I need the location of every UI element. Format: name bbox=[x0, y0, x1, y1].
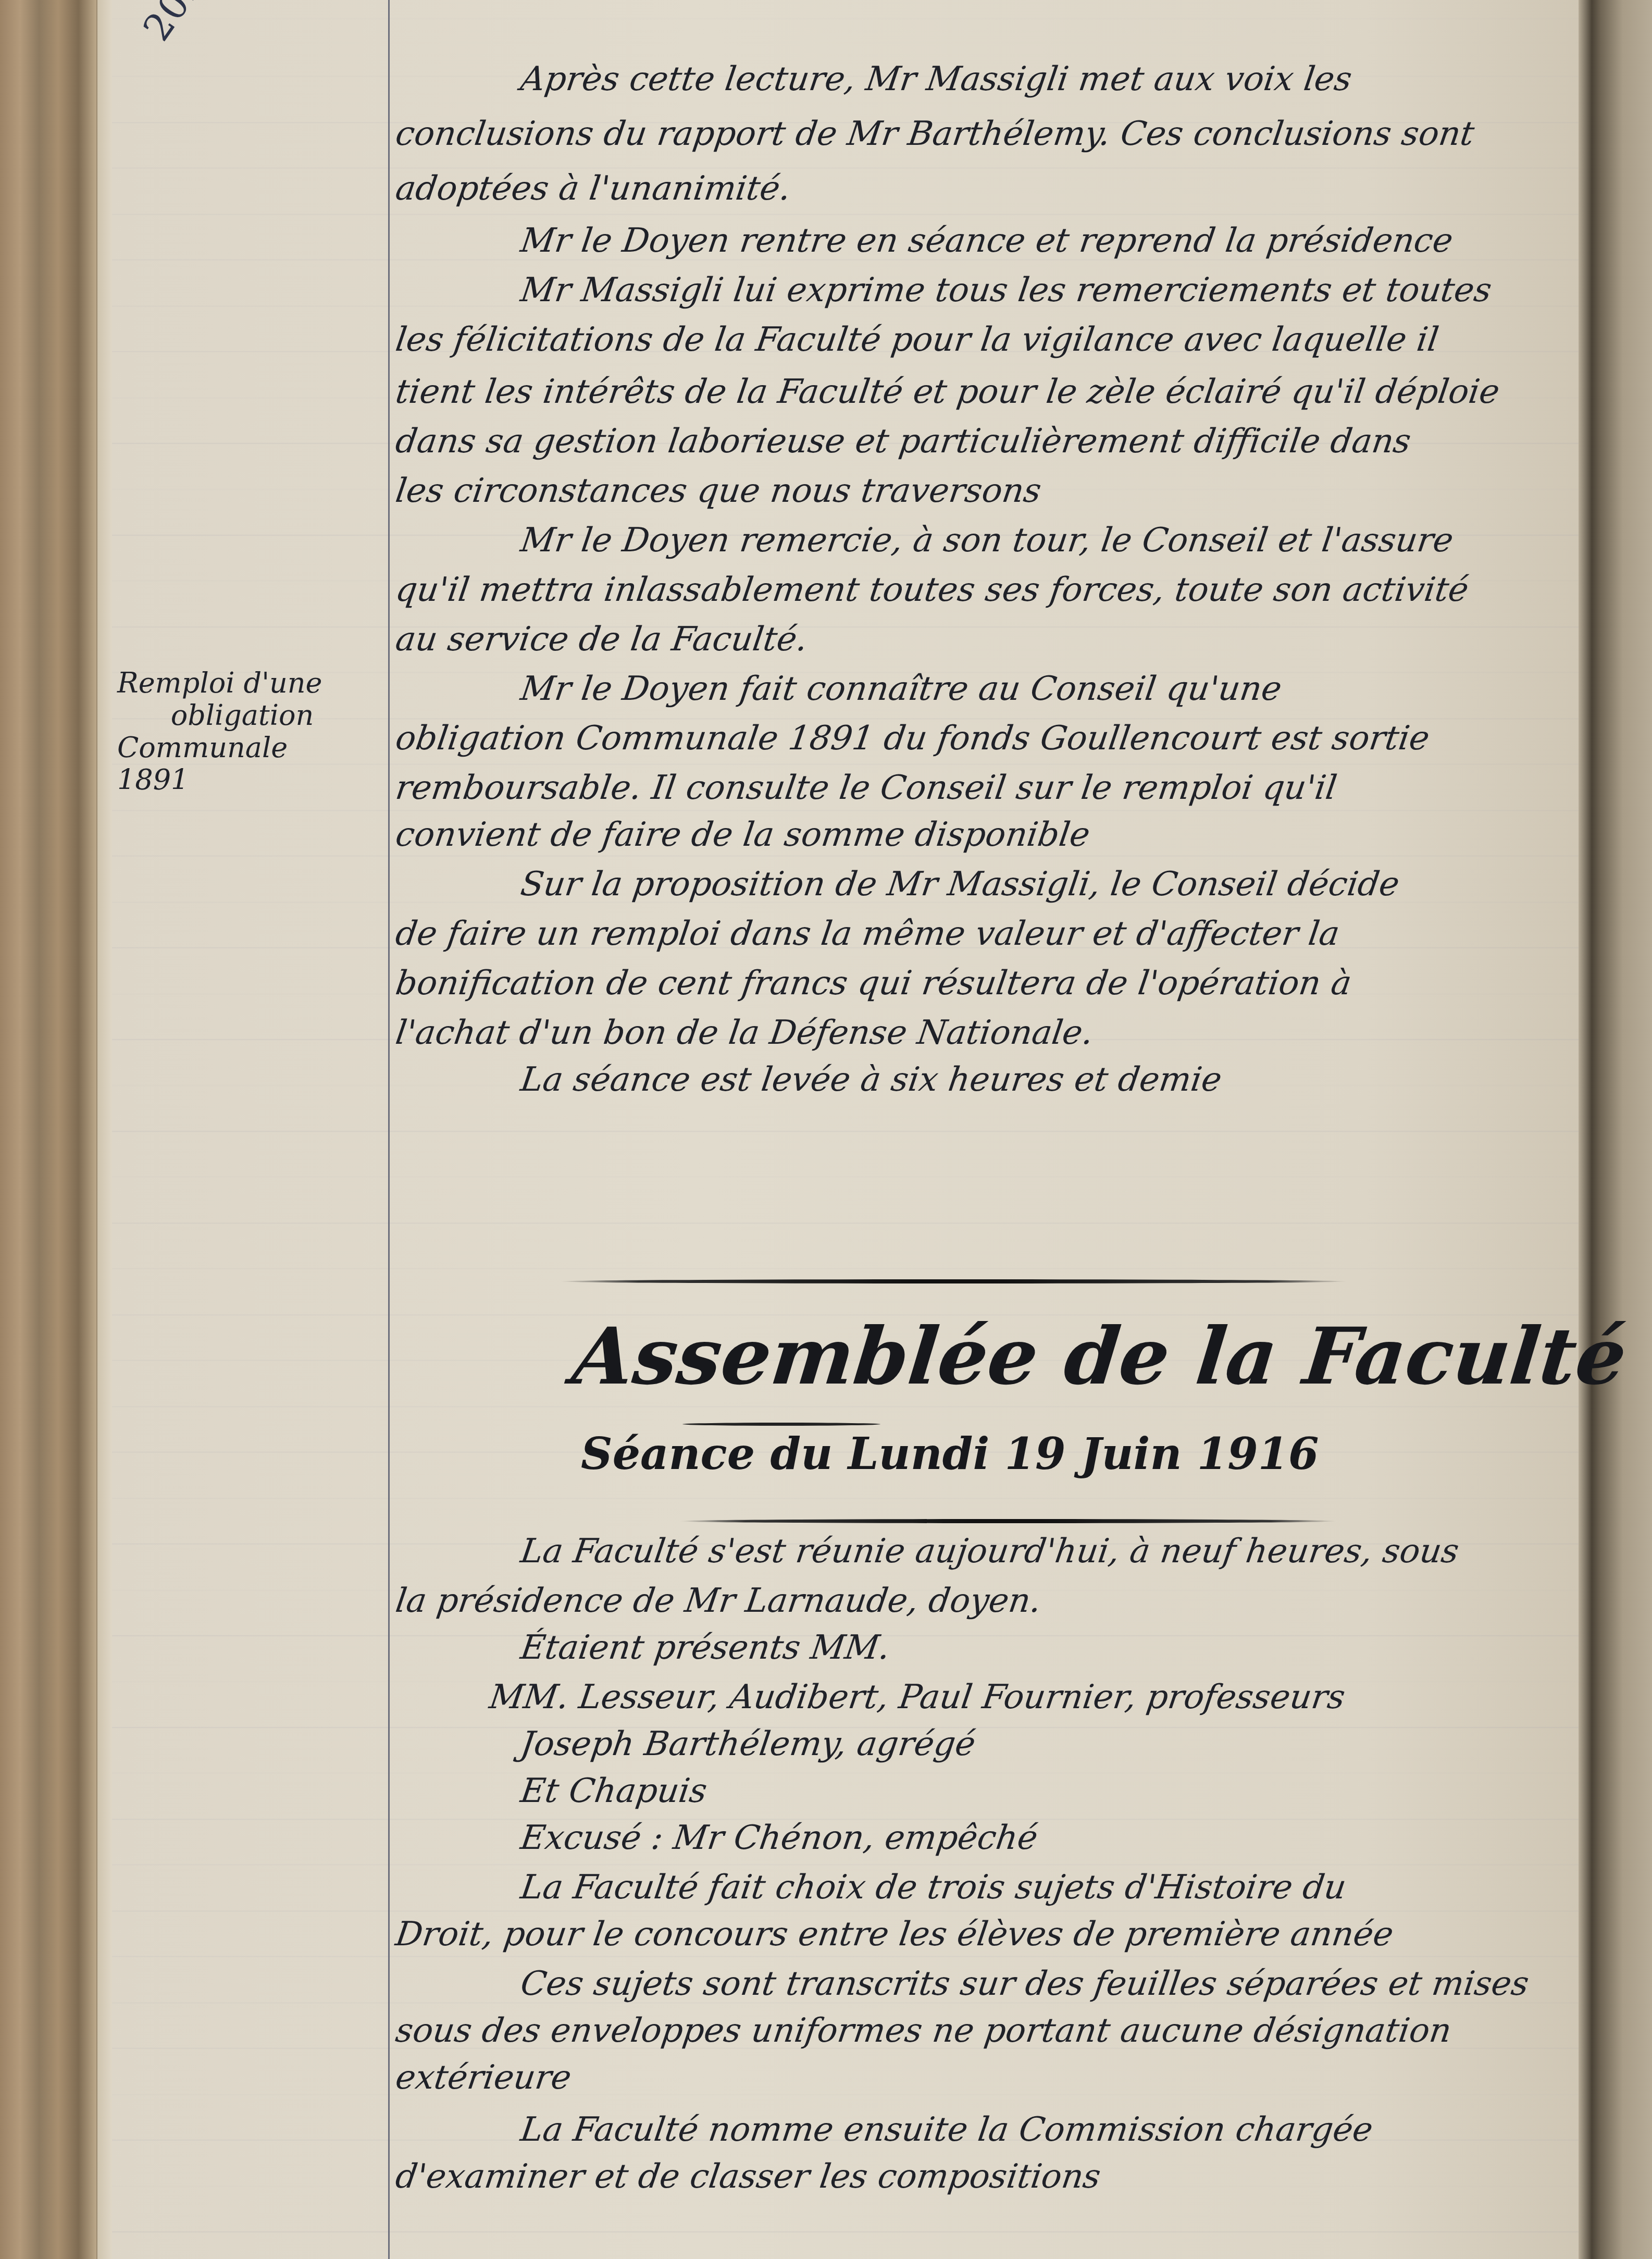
text-line: MM. Lesseur, Audibert, Paul Fournier, pr… bbox=[487, 1678, 1348, 1717]
text-line: d'examiner et de classer les composition… bbox=[393, 2157, 1103, 2196]
text-line: adoptées à l'unanimité. bbox=[393, 169, 793, 208]
text-line: l'achat d'un bon de la Défense Nationale… bbox=[393, 1014, 1096, 1052]
margin-rule bbox=[388, 0, 390, 2259]
text-line: obligation Communale 1891 du fonds Goull… bbox=[393, 719, 1432, 758]
text-line: au service de la Faculté. bbox=[393, 620, 810, 659]
text-line: Mr le Doyen remercie, à son tour, le Con… bbox=[518, 521, 1456, 560]
text-line: Ces sujets sont transcrits sur des feuil… bbox=[518, 1965, 1531, 2003]
text-line: La Faculté s'est réunie aujourd'hui, à n… bbox=[518, 1532, 1461, 1571]
text-line: Excusé : Mr Chénon, empêché bbox=[518, 1819, 1040, 1857]
margin-note-line: Communale 1891 bbox=[117, 732, 367, 796]
text-line: Sur la proposition de Mr Massigli, le Co… bbox=[518, 865, 1402, 904]
text-line: La Faculté fait choix de trois sujets d'… bbox=[518, 1868, 1349, 1907]
text-line: Après cette lecture, Mr Massigli met aux… bbox=[518, 60, 1355, 98]
text-line: bonification de cent francs qui résulter… bbox=[393, 964, 1354, 1003]
text-line: la présidence de Mr Larnaude, doyen. bbox=[393, 1582, 1044, 1620]
margin-note-line: obligation bbox=[117, 699, 367, 732]
margin-note-line: Remploi d'une bbox=[117, 667, 367, 699]
text-line: La séance est levée à six heures et demi… bbox=[518, 1060, 1224, 1099]
subtitle-rule bbox=[682, 1423, 880, 1426]
text-line: Mr Massigli lui exprime tous les remerci… bbox=[518, 271, 1494, 310]
session-date: Séance du Lundi 19 Juin 1916 bbox=[581, 1428, 1319, 1479]
title-top-rule bbox=[560, 1279, 1347, 1283]
text-line: les circonstances que nous traversons bbox=[393, 472, 1044, 510]
text-line: Droit, pour le concours entre les élèves… bbox=[393, 1915, 1396, 1954]
text-line: de faire un remploi dans la même valeur … bbox=[393, 915, 1342, 953]
text-line: Étaient présents MM. bbox=[518, 1628, 892, 1667]
text-line: Mr le Doyen fait connaître au Conseil qu… bbox=[518, 670, 1284, 708]
assembly-title: Assemblée de la Faculté bbox=[568, 1311, 1631, 1402]
book-gutter bbox=[1579, 0, 1652, 2259]
text-line: Joseph Barthélemy, agrégé bbox=[518, 1725, 978, 1763]
subtitle-bottom-rule bbox=[680, 1519, 1336, 1523]
text-line: La Faculté nomme ensuite la Commission c… bbox=[518, 2110, 1375, 2149]
margin-note: Remploi d'une obligation Communale 1891 bbox=[117, 667, 367, 796]
text-line: les félicitations de la Faculté pour la … bbox=[393, 320, 1441, 359]
text-line: Mr le Doyen rentre en séance et reprend … bbox=[518, 221, 1456, 260]
text-line: Et Chapuis bbox=[518, 1772, 710, 1810]
text-line: tient les intérêts de la Faculté et pour… bbox=[393, 373, 1502, 411]
text-line: convient de faire de la somme disponible bbox=[393, 816, 1092, 854]
text-line: qu'il mettra inlassablement toutes ses f… bbox=[393, 571, 1471, 609]
book-binding bbox=[0, 0, 112, 2259]
text-line: dans sa gestion laborieuse et particuliè… bbox=[393, 422, 1413, 461]
text-line: sous des enveloppes uniformes ne portant… bbox=[393, 2011, 1454, 2050]
text-line: extérieure bbox=[393, 2058, 574, 2097]
text-line: remboursable. Il consulte le Conseil sur… bbox=[393, 769, 1339, 807]
text-line: conclusions du rapport de Mr Barthélemy.… bbox=[393, 115, 1477, 153]
page-edge bbox=[96, 0, 113, 2259]
